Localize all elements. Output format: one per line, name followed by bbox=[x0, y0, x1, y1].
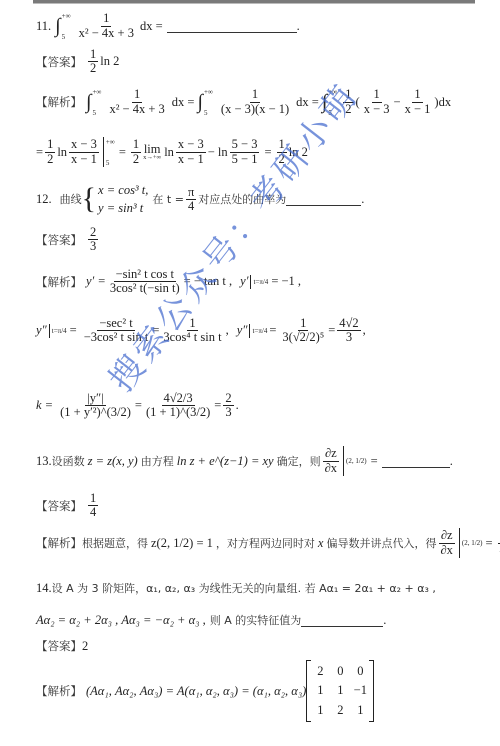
question-14-line2: Aα₂ = α₂ + 2α₃ , Aα₃ = −α₂ + α₃ , 则 A 的实… bbox=[36, 612, 386, 628]
question-number: 11. bbox=[36, 19, 51, 34]
q12-analysis-line3: k = |y″|(1 + y′²)^(3/2) = 4√2/3(1 + 1)^(… bbox=[36, 392, 239, 419]
answer-blank bbox=[167, 20, 297, 33]
answer-blank bbox=[382, 455, 450, 468]
integrand: 1x² − 4x + 3 bbox=[77, 12, 136, 39]
q11-analysis-line1: 【解析】 ∫ +∞5 1x² − 4x + 3 dx = ∫ +∞5 1(x −… bbox=[36, 88, 451, 116]
q11-answer: 【答案】 12 ln 2 bbox=[36, 48, 119, 75]
header-bar bbox=[33, 0, 475, 4]
answer-label: 【答案】 bbox=[36, 54, 82, 70]
q12-answer: 【答案】 23 bbox=[36, 226, 100, 253]
question-13: 13. 设函数 z = z(x, y) 由方程 ln z + e^(z−1) =… bbox=[36, 446, 453, 476]
question-12: 12. 曲线 { x = cos³ t,y = sin³ t 在 t = π4 … bbox=[36, 181, 364, 217]
integral-sign: ∫ bbox=[55, 16, 60, 36]
q11-analysis-line2: = 12 ln x − 3x − 1 +∞5 = 12 limx→+∞ ln x… bbox=[36, 137, 308, 167]
q13-answer: 【答案】 14 bbox=[36, 492, 100, 519]
q14-analysis: 【解析】 (Aα₁, Aα₂, Aα₃) = A(α₁, α₂, α₃) = (… bbox=[36, 660, 374, 722]
parametric-system: x = cos³ t,y = sin³ t bbox=[98, 181, 148, 217]
q12-analysis-line2: y″t=π/4 = −sec² t−3cos² t sin t = 13cos⁴… bbox=[36, 317, 366, 344]
q13-analysis: 【解析】 根据题意，得 z(2, 1/2) = 1 ，对方程两边同时对 x 偏导… bbox=[36, 528, 500, 558]
question-11: 11. ∫ +∞5 1x² − 4x + 3 dx = . bbox=[36, 12, 300, 40]
q12-analysis-line1: 【解析】 y′ = −sin² t cos t3cos² t(−sin t) =… bbox=[36, 268, 301, 295]
answer-blank bbox=[286, 193, 361, 206]
answer-blank bbox=[301, 614, 383, 627]
analysis-label: 【解析】 bbox=[36, 94, 82, 110]
integral-limits: +∞5 bbox=[62, 13, 71, 41]
q14-answer: 【答案】 2 bbox=[36, 638, 88, 654]
watermark: 搜索公众号：考研小萌 bbox=[95, 71, 368, 401]
question-14-line1: 14. 设 A 为 3 阶矩阵，α₁, α₂, α₃ 为线性无关的向量组. 若 … bbox=[36, 580, 436, 596]
coefficient-matrix: 200 11−1 121 bbox=[306, 660, 374, 722]
